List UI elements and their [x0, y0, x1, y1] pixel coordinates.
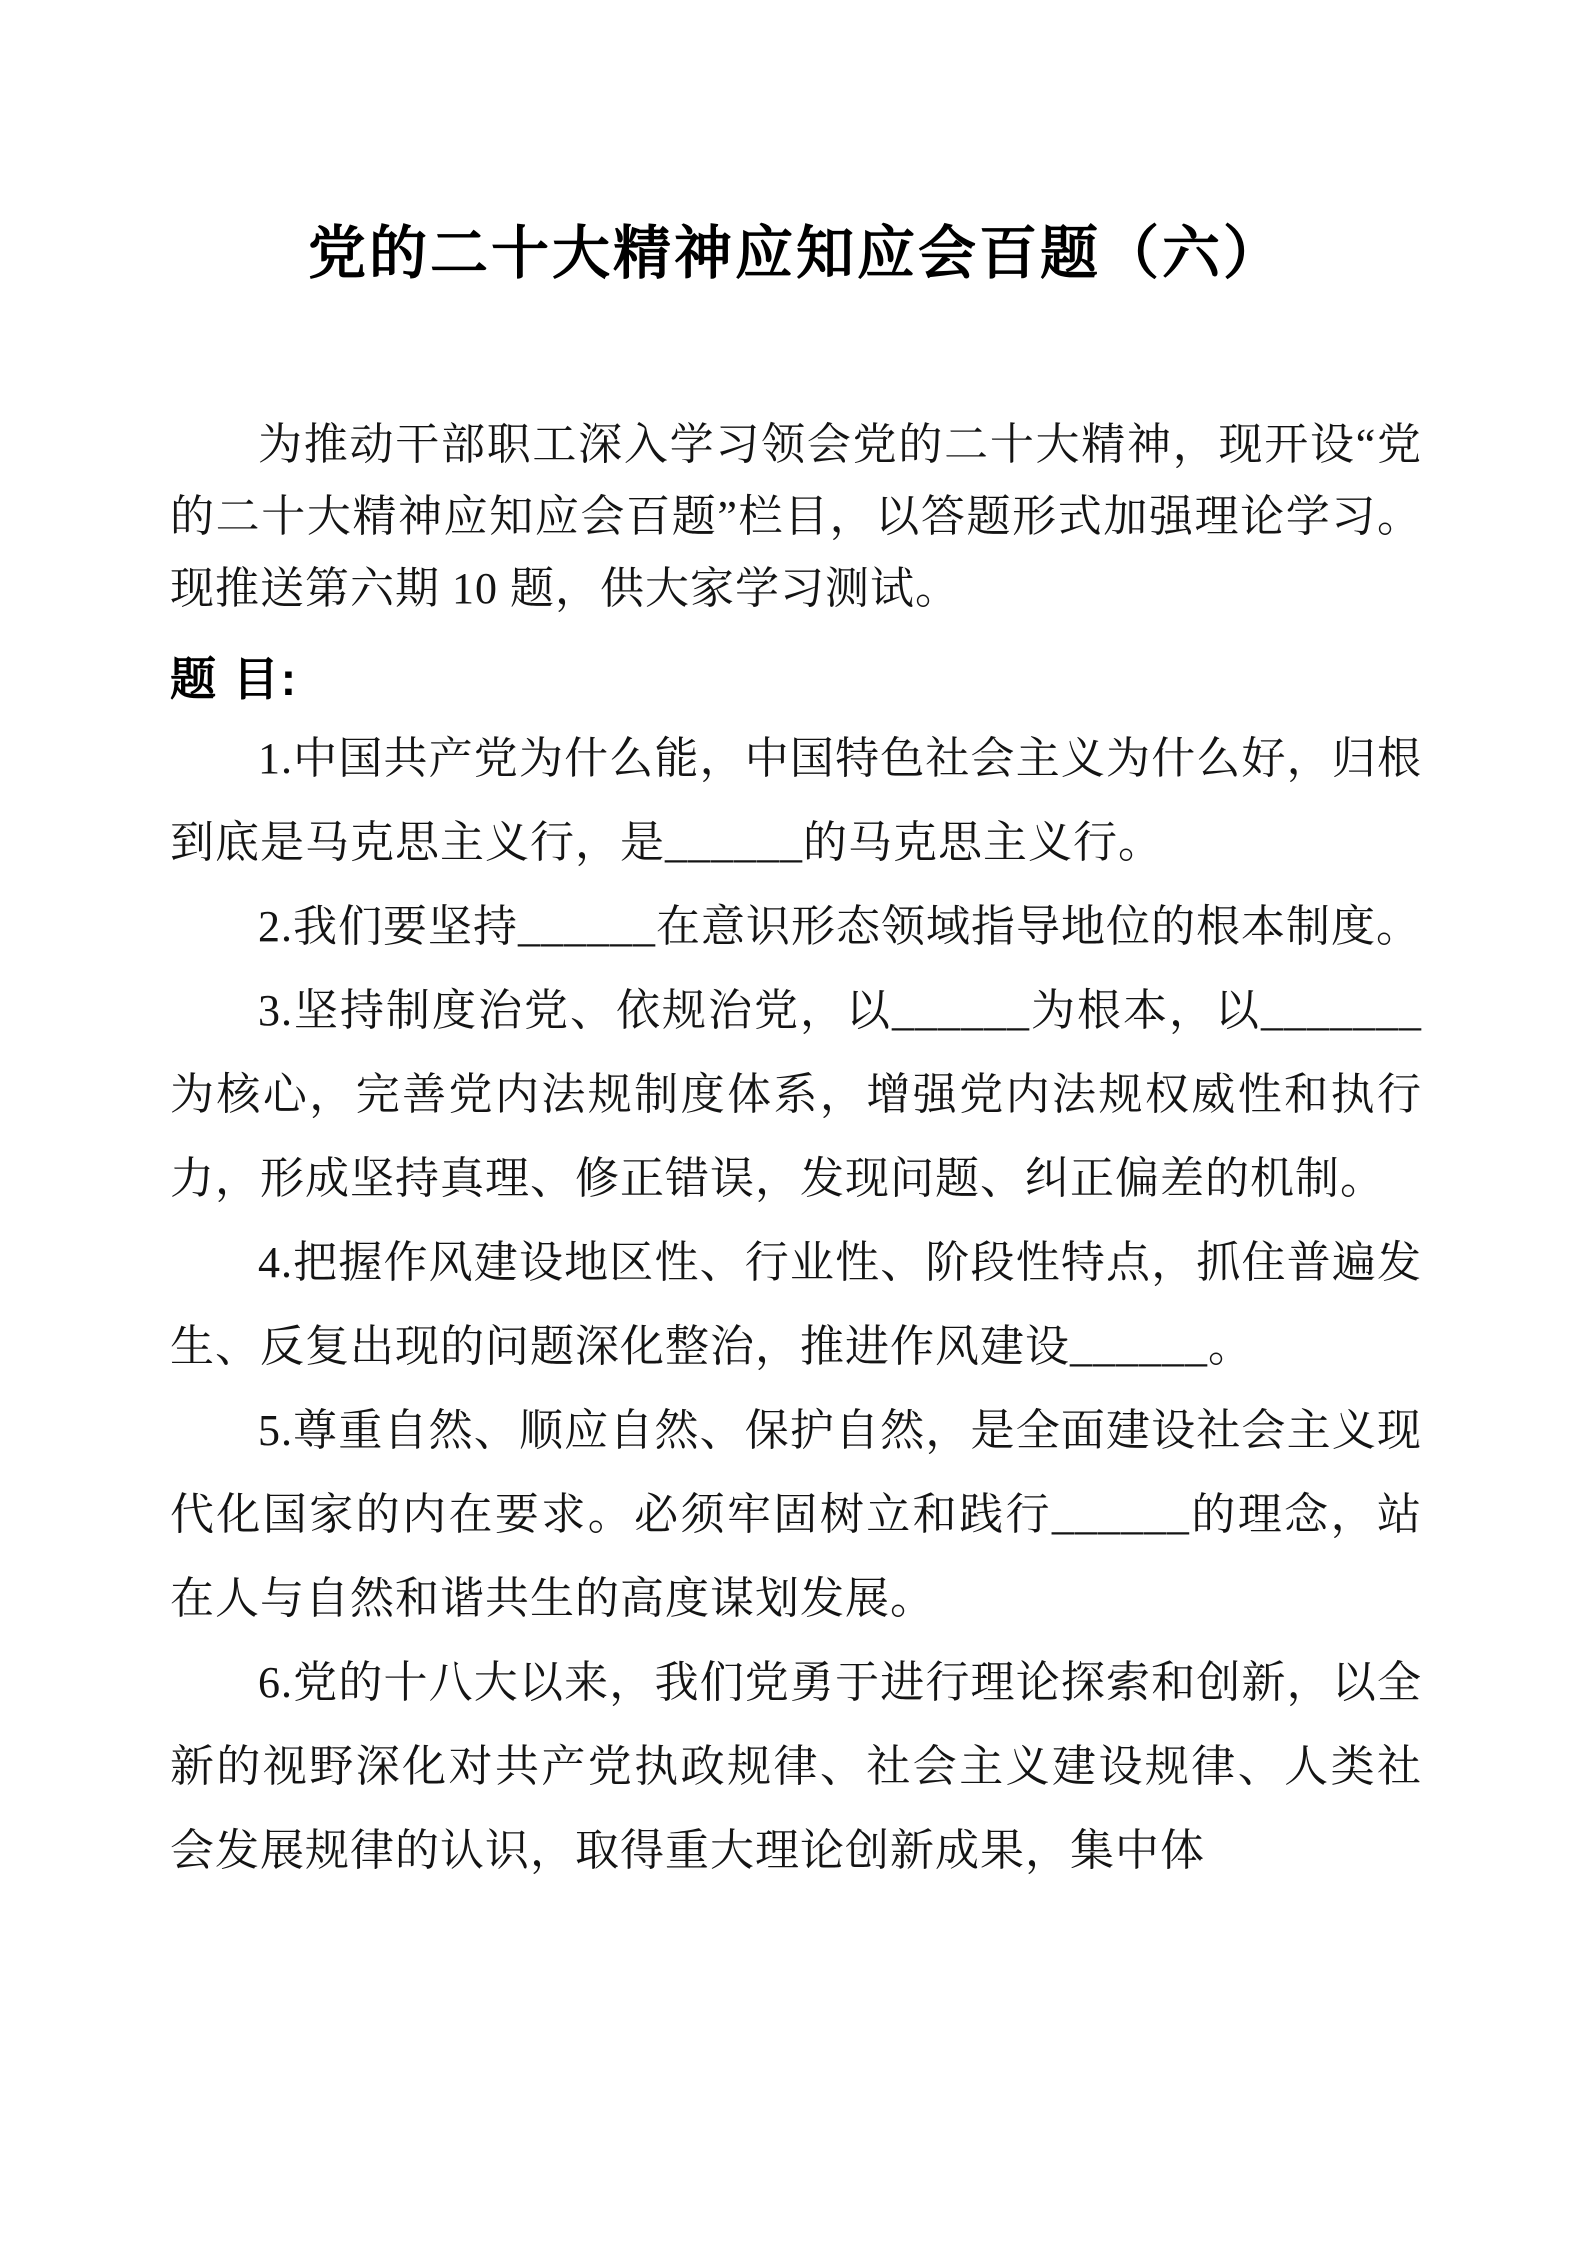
intro-paragraph: 为推动干部职工深入学习领会党的二十大精神，现开设“党的二十大精神应知应会百题”栏… [170, 409, 1422, 625]
question-item-1: 1.中国共产党为什么能，中国特色社会主义为什么好，归根到底是马克思主义行，是__… [170, 717, 1422, 885]
document-title: 党的二十大精神应知应会百题（六） [170, 215, 1422, 293]
question-item-2: 2.我们要坚持______在意识形态领域指导地位的根本制度。 [170, 885, 1422, 969]
question-item-4: 4.把握作风建设地区性、行业性、阶段性特点，抓住普遍发生、反复出现的问题深化整治… [170, 1221, 1422, 1389]
question-item-3: 3.坚持制度治党、依规治党，以______为根本，以_______为核心，完善党… [170, 969, 1422, 1221]
question-item-5: 5.尊重自然、顺应自然、保护自然，是全面建设社会主义现代化国家的内在要求。必须牢… [170, 1389, 1422, 1641]
question-item-6: 6.党的十八大以来，我们党勇于进行理论探索和创新，以全新的视野深化对共产党执政规… [170, 1641, 1422, 1893]
questions-heading: 题 目: [170, 641, 1422, 717]
document-page: 党的二十大精神应知应会百题（六） 为推动干部职工深入学习领会党的二十大精神，现开… [0, 0, 1587, 2245]
